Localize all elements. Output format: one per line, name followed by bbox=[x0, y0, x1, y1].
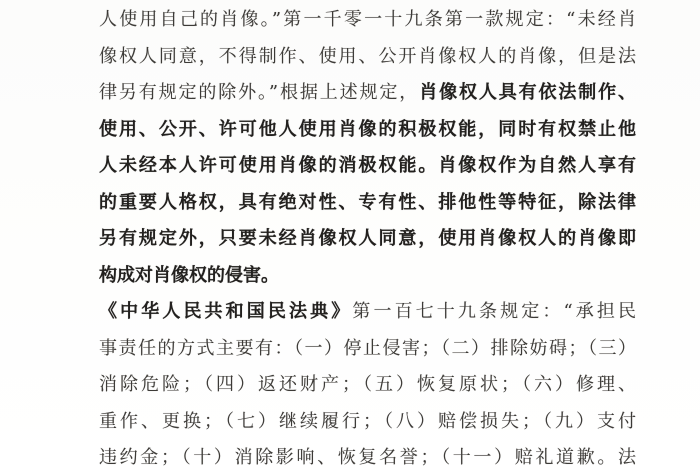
text-segment: 事责任的方式主要有：（一）停止侵害；（二）排除妨碍；（三） bbox=[99, 338, 636, 359]
text-line: 律另有规定的除外。”根据上述规定，肖像权人具有依法制作、 bbox=[99, 75, 636, 112]
text-line: 《中华人民共和国民法典》第一百七十九条规定：“承担民 bbox=[99, 294, 636, 331]
text-segment: 第一百七十九条规定：“承担民 bbox=[352, 301, 636, 322]
text-line: 消除危险；（四）返还财产；（五）恢复原状；（六）修理、 bbox=[99, 367, 636, 404]
text-segment: 人使用自己的肖像。”第一千零一十九条第一款规定：“未经肖 bbox=[99, 9, 636, 30]
text-segment: 消除危险；（四）返还财产；（五）恢复原状；（六）修理、 bbox=[99, 374, 636, 395]
text-line: 构成对肖像权的侵害。 bbox=[99, 258, 636, 295]
text-segment-bold: 构成对肖像权的侵害。 bbox=[99, 265, 279, 286]
text-segment: 像权人同意，不得制作、使用、公开肖像权人的肖像，但是法 bbox=[99, 46, 636, 67]
text-segment-bold: 肖像权人具有依法制作、 bbox=[419, 82, 636, 103]
text-segment: 重作、更换；（七）继续履行；（八）赔偿损失；（九）支付 bbox=[99, 411, 636, 432]
text-line: 人未经本人许可使用肖像的消极权能。肖像权作为自然人享有 bbox=[99, 148, 636, 185]
text-line: 人使用自己的肖像。”第一千零一十九条第一款规定：“未经肖 bbox=[99, 2, 636, 39]
text-line: 使用、公开、许可他人使用肖像的积极权能，同时有权禁止他 bbox=[99, 112, 636, 149]
text-segment-bold: 的重要人格权，具有绝对性、专有性、排他性等特征，除法律 bbox=[99, 192, 636, 213]
text-line: 的重要人格权，具有绝对性、专有性、排他性等特征，除法律 bbox=[99, 185, 636, 222]
text-segment-bold: 《中华人民共和国民法典》 bbox=[99, 301, 352, 322]
text-line: 重作、更换；（七）继续履行；（八）赔偿损失；（九）支付 bbox=[99, 404, 636, 441]
text-segment-bold: 另有规定外，只要未经肖像权人同意，使用肖像权人的肖像即 bbox=[99, 228, 636, 249]
document-page: 人使用自己的肖像。”第一千零一十九条第一款规定：“未经肖像权人同意，不得制作、使… bbox=[0, 0, 700, 470]
text-block: 人使用自己的肖像。”第一千零一十九条第一款规定：“未经肖像权人同意，不得制作、使… bbox=[99, 2, 636, 470]
text-segment: 律另有规定的除外。”根据上述规定， bbox=[99, 82, 419, 103]
text-segment: 违约金；（十）消除影响、恢复名誉；（十一）赔礼道歉。法 bbox=[99, 447, 636, 468]
text-line: 另有规定外，只要未经肖像权人同意，使用肖像权人的肖像即 bbox=[99, 221, 636, 258]
text-line: 事责任的方式主要有：（一）停止侵害；（二）排除妨碍；（三） bbox=[99, 331, 636, 368]
text-segment-bold: 人未经本人许可使用肖像的消极权能。肖像权作为自然人享有 bbox=[99, 155, 636, 176]
text-line: 违约金；（十）消除影响、恢复名誉；（十一）赔礼道歉。法 bbox=[99, 440, 636, 470]
text-line: 像权人同意，不得制作、使用、公开肖像权人的肖像，但是法 bbox=[99, 39, 636, 76]
text-segment-bold: 使用、公开、许可他人使用肖像的积极权能，同时有权禁止他 bbox=[99, 119, 636, 140]
